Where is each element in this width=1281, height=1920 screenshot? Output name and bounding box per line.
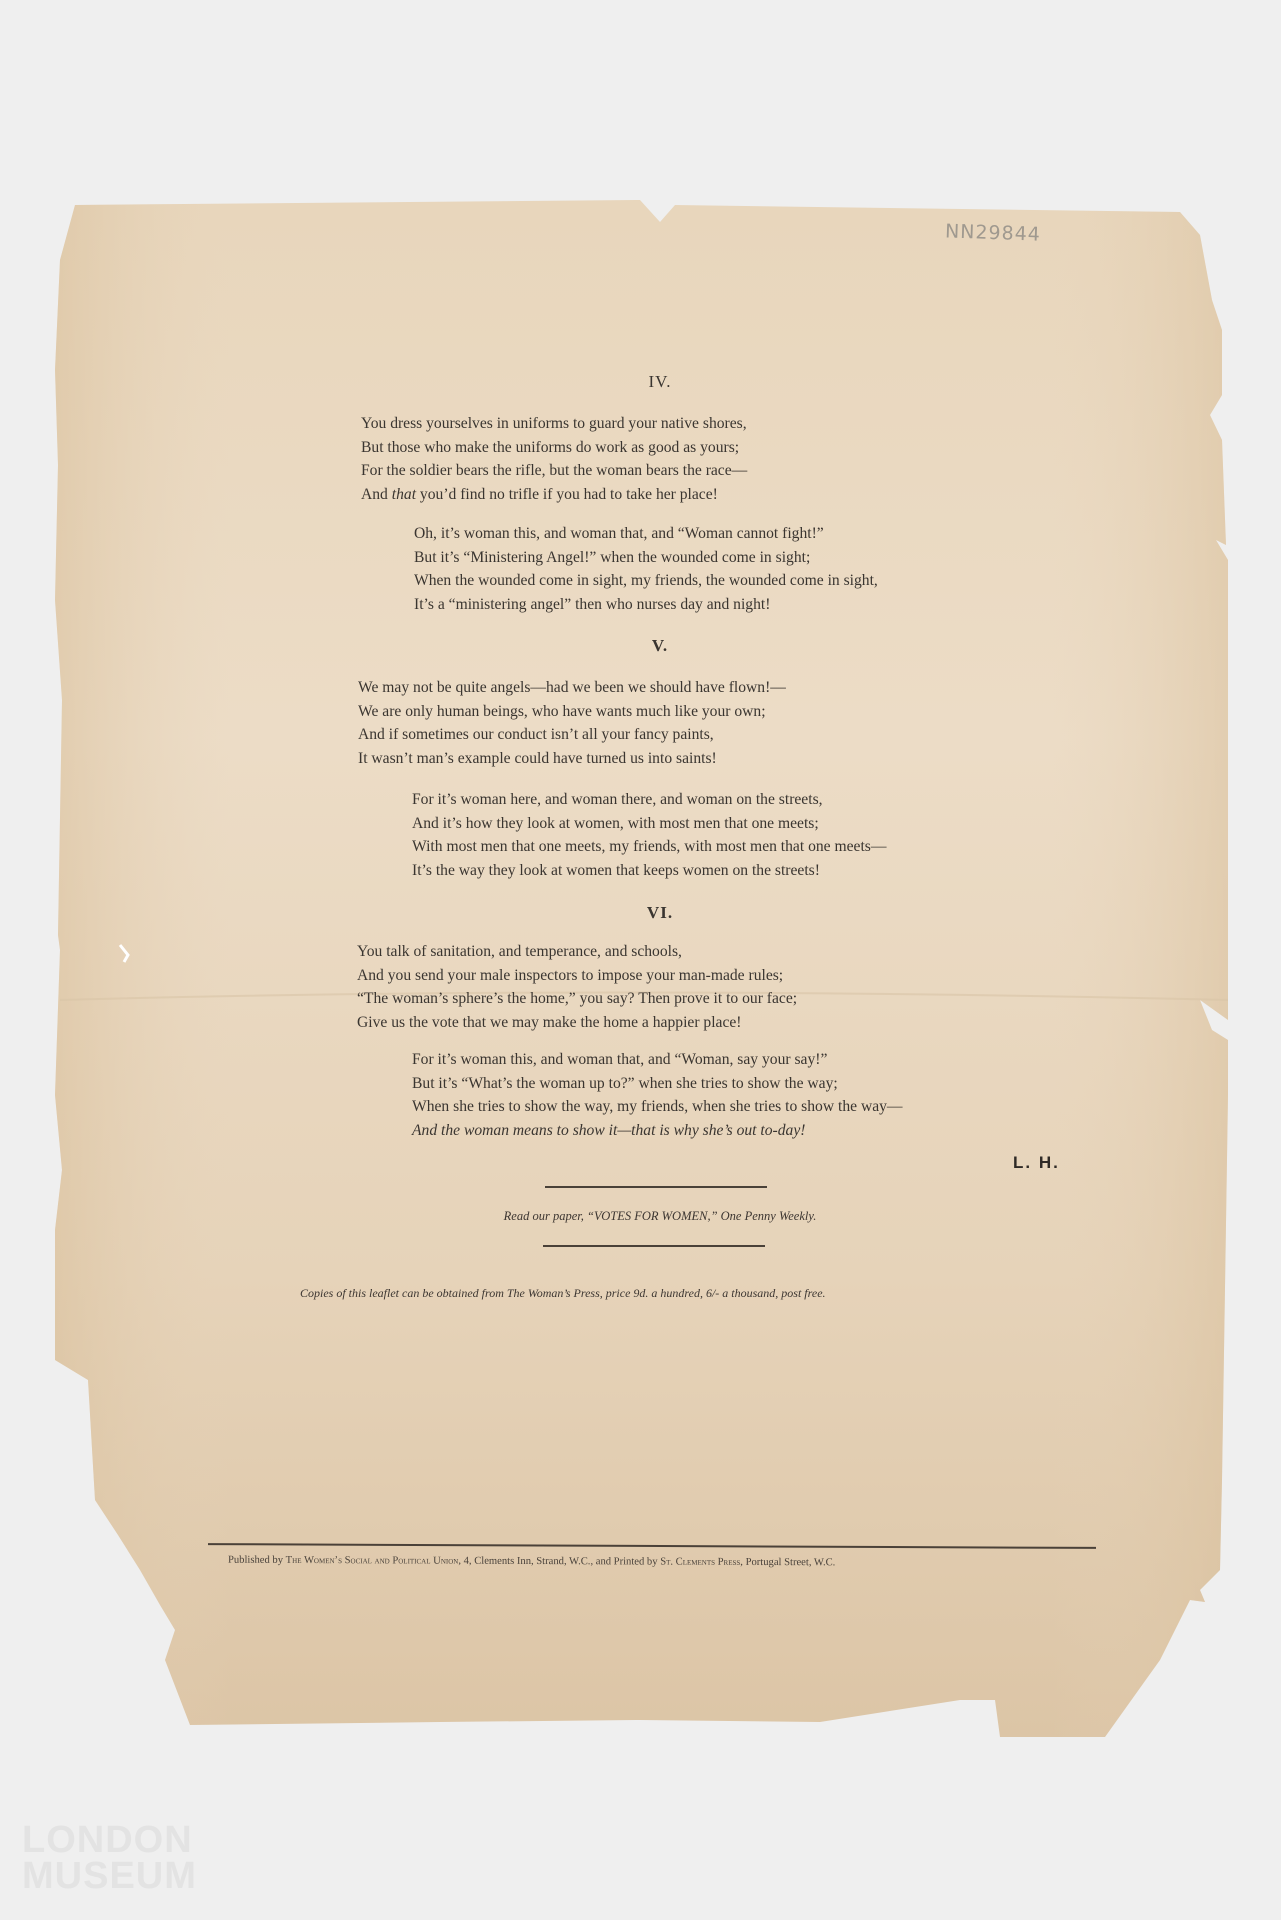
chorus-line: For it’s woman this, and woman that, and… <box>412 1048 903 1072</box>
stanza-numeral: V. <box>652 636 668 656</box>
verse-line: And that you’d find no trifle if you had… <box>361 483 747 507</box>
stanza-verse: You dress yourselves in uniforms to guar… <box>361 412 747 506</box>
stanza-chorus: Oh, it’s woman this, and woman that, and… <box>414 522 878 616</box>
imprint-text: , Portugal Street, W.C. <box>740 1557 835 1568</box>
verse-line: We are only human beings, who have wants… <box>358 700 786 724</box>
verse-text: And <box>361 486 392 503</box>
chorus-line: But it’s “Ministering Angel!” when the w… <box>414 546 878 570</box>
printer-name: St. Clements Press <box>660 1557 740 1568</box>
chorus-line: When she tries to show the way, my frien… <box>412 1095 903 1119</box>
verse-line: You dress yourselves in uniforms to guar… <box>361 412 747 436</box>
author-signature: L. H. <box>1013 1153 1060 1173</box>
chorus-line: It’s the way they look at women that kee… <box>412 859 886 883</box>
stanza-verse: We may not be quite angels—had we been w… <box>358 676 786 770</box>
imprint-text: , 4, Clements Inn, Strand, W.C., and Pri… <box>458 1556 660 1568</box>
divider-rule <box>543 1245 765 1247</box>
stanza-numeral: IV. <box>649 372 672 392</box>
chorus-line-italic: And the woman means to show it—that is w… <box>412 1119 903 1143</box>
chorus-line: It’s a “ministering angel” then who nurs… <box>414 593 878 617</box>
chorus-line: For it’s woman here, and woman there, an… <box>412 788 886 812</box>
divider-rule <box>545 1186 767 1188</box>
imprint-text: Published by <box>228 1555 286 1566</box>
watermark-line: LONDON <box>22 1822 197 1858</box>
verse-line: “The woman’s sphere’s the home,” you say… <box>357 987 797 1011</box>
accession-number: NN29844 <box>945 220 1042 245</box>
stanza-chorus: For it’s woman here, and woman there, an… <box>412 788 886 882</box>
chorus-line: When the wounded come in sight, my frien… <box>414 569 878 593</box>
verse-line: It wasn’t man’s example could have turne… <box>358 747 786 771</box>
watermark-line: MUSEUM <box>22 1858 197 1894</box>
chorus-line: And it’s how they look at women, with mo… <box>412 812 886 836</box>
verse-line: And if sometimes our conduct isn’t all y… <box>358 723 786 747</box>
verse-line: We may not be quite angels—had we been w… <box>358 676 786 700</box>
verse-text: you’d find no trifle if you had to take … <box>416 486 718 503</box>
publisher-name: The Women’s Social and Political Union <box>286 1555 459 1567</box>
copies-notice: Copies of this leaflet can be obtained f… <box>300 1286 826 1301</box>
london-museum-watermark: LONDON MUSEUM <box>22 1822 197 1894</box>
verse-line: And you send your male inspectors to imp… <box>357 964 797 988</box>
verse-line: But those who make the uniforms do work … <box>361 436 747 460</box>
verse-line: Give us the vote that we may make the ho… <box>357 1011 797 1035</box>
stanza-verse: You talk of sanitation, and temperance, … <box>357 940 797 1034</box>
stanza-chorus: For it’s woman this, and woman that, and… <box>412 1048 903 1142</box>
chorus-line: But it’s “What’s the woman up to?” when … <box>412 1072 903 1096</box>
paper-notice: Read our paper, “VOTES FOR WOMEN,” One P… <box>504 1209 817 1224</box>
stanza-numeral: VI. <box>647 903 673 923</box>
verse-italic-word: that <box>392 486 416 503</box>
chorus-line: With most men that one meets, my friends… <box>412 835 886 859</box>
verse-line: For the soldier bears the rifle, but the… <box>361 459 747 483</box>
verse-line: You talk of sanitation, and temperance, … <box>357 940 797 964</box>
chorus-line: Oh, it’s woman this, and woman that, and… <box>414 522 878 546</box>
